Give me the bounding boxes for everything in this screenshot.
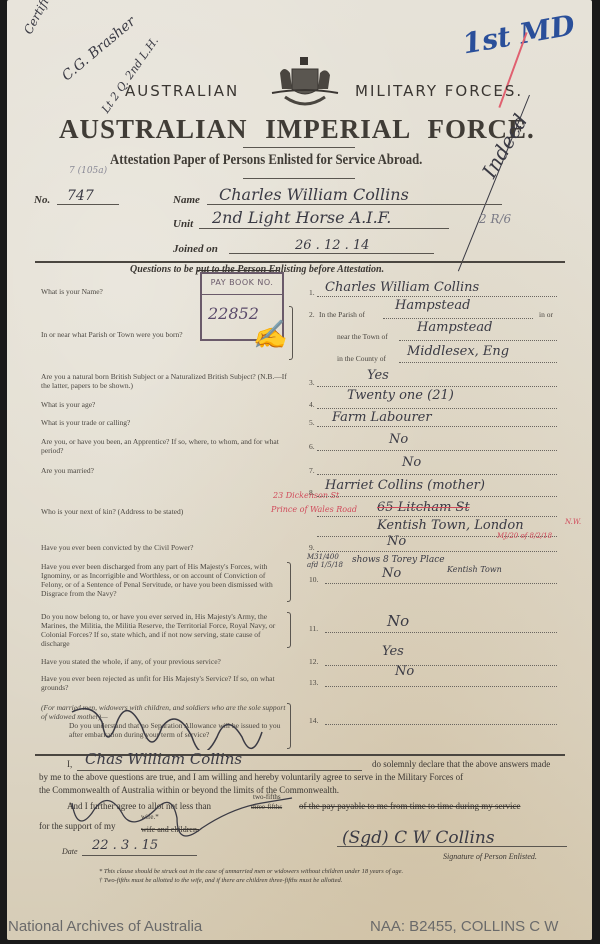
parish-line	[383, 318, 533, 319]
title-underline	[243, 147, 355, 148]
answer-7-num: 7.	[309, 466, 315, 475]
county-label: in the County of	[337, 354, 386, 363]
answer-2-num: 2.	[309, 310, 315, 319]
answer-6-line	[317, 450, 557, 451]
date-underline	[82, 855, 197, 856]
answer-10: No	[382, 566, 401, 581]
footnote-1: * This clause should be struck out in th…	[99, 868, 403, 875]
red-note-nw: N.W.	[565, 518, 581, 526]
question-7: Are you married?	[41, 466, 94, 475]
stamp-initials: ✍	[252, 318, 287, 351]
note-kentish-town: Kentish Town	[447, 565, 502, 574]
answer-3-num: 3.	[309, 378, 315, 387]
section-divider	[35, 261, 565, 263]
strike-out-scribble	[67, 700, 287, 750]
answer-4: Twenty one (21)	[347, 388, 454, 403]
answer-11-line	[325, 632, 557, 633]
answer-8-num: 8.	[309, 488, 315, 497]
red-note-reference: MJ/20 of 8/2/18	[497, 532, 552, 540]
answer-3: Yes	[367, 368, 389, 383]
signature-underline	[337, 846, 567, 847]
name-value: Charles William Collins	[219, 185, 409, 204]
brace	[289, 306, 293, 360]
parish-label: In the Parish of	[319, 310, 365, 319]
answer-3-line	[317, 386, 557, 387]
answer-7: No	[402, 455, 421, 470]
in-or-label: in or	[539, 310, 553, 319]
question-11: Do you now belong to, or have you ever s…	[41, 612, 286, 648]
answer-11: No	[387, 612, 409, 630]
answer-6-num: 6.	[309, 442, 315, 451]
answer-12: Yes	[382, 644, 404, 659]
answer-5-num: 5.	[309, 418, 315, 427]
name-label: Name	[173, 194, 200, 206]
answer-4-num: 4.	[309, 400, 315, 409]
answer-town: Hampstead	[417, 320, 492, 335]
watermark-reference: NAA: B2455, COLLINS C W	[370, 918, 558, 935]
masthead-left: AUSTRALIAN	[125, 82, 239, 100]
question-4: What is your age?	[41, 400, 95, 409]
town-line	[399, 340, 557, 341]
question-2: In or near what Parish or Town were you …	[41, 330, 183, 339]
answer-1: Charles William Collins	[325, 280, 479, 295]
signature-label: Signature of Person Enlisted.	[443, 850, 537, 863]
question-12: Have you stated the whole, if any, of yo…	[41, 657, 221, 666]
brace	[287, 612, 291, 648]
margin-note-right-small: 2 R/6	[479, 212, 511, 226]
answer-13-line	[325, 686, 557, 687]
enlistee-signature: (Sgd) C W Collins	[342, 828, 495, 848]
note-reference: M31/400 afd 1/5/18	[307, 553, 347, 569]
answer-13-num: 13.	[309, 678, 318, 687]
answer-12-num: 12.	[309, 657, 318, 666]
answer-14-line	[325, 724, 557, 725]
answer-parish: Hampstead	[395, 298, 470, 313]
red-note-address-2: Prince of Wales Road	[271, 505, 357, 514]
answer-5: Farm Labourer	[332, 410, 432, 425]
declaration-strike-scribble	[67, 795, 317, 840]
unit-value: 2nd Light Horse A.I.F.	[212, 208, 391, 227]
answer-11-num: 11.	[309, 624, 318, 633]
answer-9-line	[317, 551, 557, 552]
answer-10-line	[325, 583, 557, 584]
document-subtitle: Attestation Paper of Persons Enlisted fo…	[110, 152, 422, 169]
question-1: What is your Name?	[41, 287, 103, 296]
answer-8-town: Kentish Town, London	[377, 518, 524, 533]
question-8: Who is your next of kin? (Address to be …	[41, 507, 183, 516]
unit-underline	[199, 228, 449, 229]
answer-8-name: Harriet Collins (mother)	[325, 478, 485, 493]
question-3: Are you a natural born British Subject o…	[41, 372, 291, 390]
answer-4-line	[317, 408, 557, 409]
county-line	[399, 362, 557, 363]
footnote-2: † Two-fifths must be allotted to the wif…	[99, 877, 342, 884]
name-underline	[207, 204, 502, 205]
answer-10-num: 10.	[309, 575, 318, 584]
no-underline	[57, 204, 119, 205]
answer-county: Middlesex, Eng	[407, 344, 509, 359]
question-5: What is your trade or calling?	[41, 418, 130, 427]
date-label: Date	[62, 845, 78, 858]
answer-1-num: 1.	[309, 288, 315, 297]
answer-13: No	[395, 664, 414, 679]
declaration-line-2: by me to the above questions are true, a…	[39, 771, 463, 784]
joined-value: 26 . 12 . 14	[295, 238, 369, 253]
brace	[287, 562, 291, 602]
pay-book-label: PAY BOOK NO.	[202, 274, 282, 287]
unit-label: Unit	[173, 218, 193, 230]
question-6: Are you, or have you been, an Apprentice…	[41, 437, 291, 455]
heading-strikethrough	[197, 270, 279, 271]
document-title: AUSTRALIAN IMPERIAL FORCE.	[59, 114, 535, 145]
no-label: No.	[34, 194, 50, 206]
margin-note-no-side: 7 (105a)	[69, 166, 107, 176]
answer-6: No	[389, 432, 408, 447]
margin-note-certified: Certified Copy	[21, 0, 75, 37]
no-value: 747	[67, 188, 94, 204]
date-value: 22 . 3 . 15	[92, 838, 158, 853]
subtitle-underline	[243, 178, 355, 179]
answer-1-line	[317, 296, 557, 297]
question-9: Have you ever been convicted by the Civi…	[41, 543, 193, 552]
question-13: Have you ever been rejected as unfit for…	[41, 674, 291, 692]
joined-label: Joined on	[173, 243, 218, 255]
answer-5-line	[317, 426, 557, 427]
answer-9: No	[387, 534, 406, 549]
answer-8-line-2	[317, 516, 557, 517]
answer-8-line-1	[317, 496, 557, 497]
declaration-name: Chas William Collins	[85, 750, 242, 768]
declaration-line-4b: of the pay payable to me from time to ti…	[299, 800, 520, 813]
coat-of-arms-icon	[270, 55, 340, 110]
question-10: Have you ever been discharged from any p…	[41, 562, 286, 598]
answer-8-street: 65 Litcham St	[377, 500, 470, 515]
answer-7-line	[317, 474, 557, 475]
answer-12-line	[325, 665, 557, 666]
note-shows-address: shows 8 Torey Place	[352, 555, 445, 565]
masthead-right: MILITARY FORCES.	[355, 82, 523, 100]
watermark-archive: National Archives of Australia	[8, 918, 202, 935]
answer-14-num: 14.	[309, 716, 318, 725]
answer-9-num: 9.	[309, 543, 315, 552]
attestation-paper: Certified Copy C.G. Brasher Lt 2 Q. 2nd …	[7, 0, 592, 940]
joined-underline	[229, 253, 434, 254]
declaration-i: I,	[67, 758, 72, 771]
town-label: near the Town of	[337, 332, 388, 341]
declaration-line-1: do solemnly declare that the above answe…	[372, 758, 550, 771]
brace	[287, 703, 291, 749]
